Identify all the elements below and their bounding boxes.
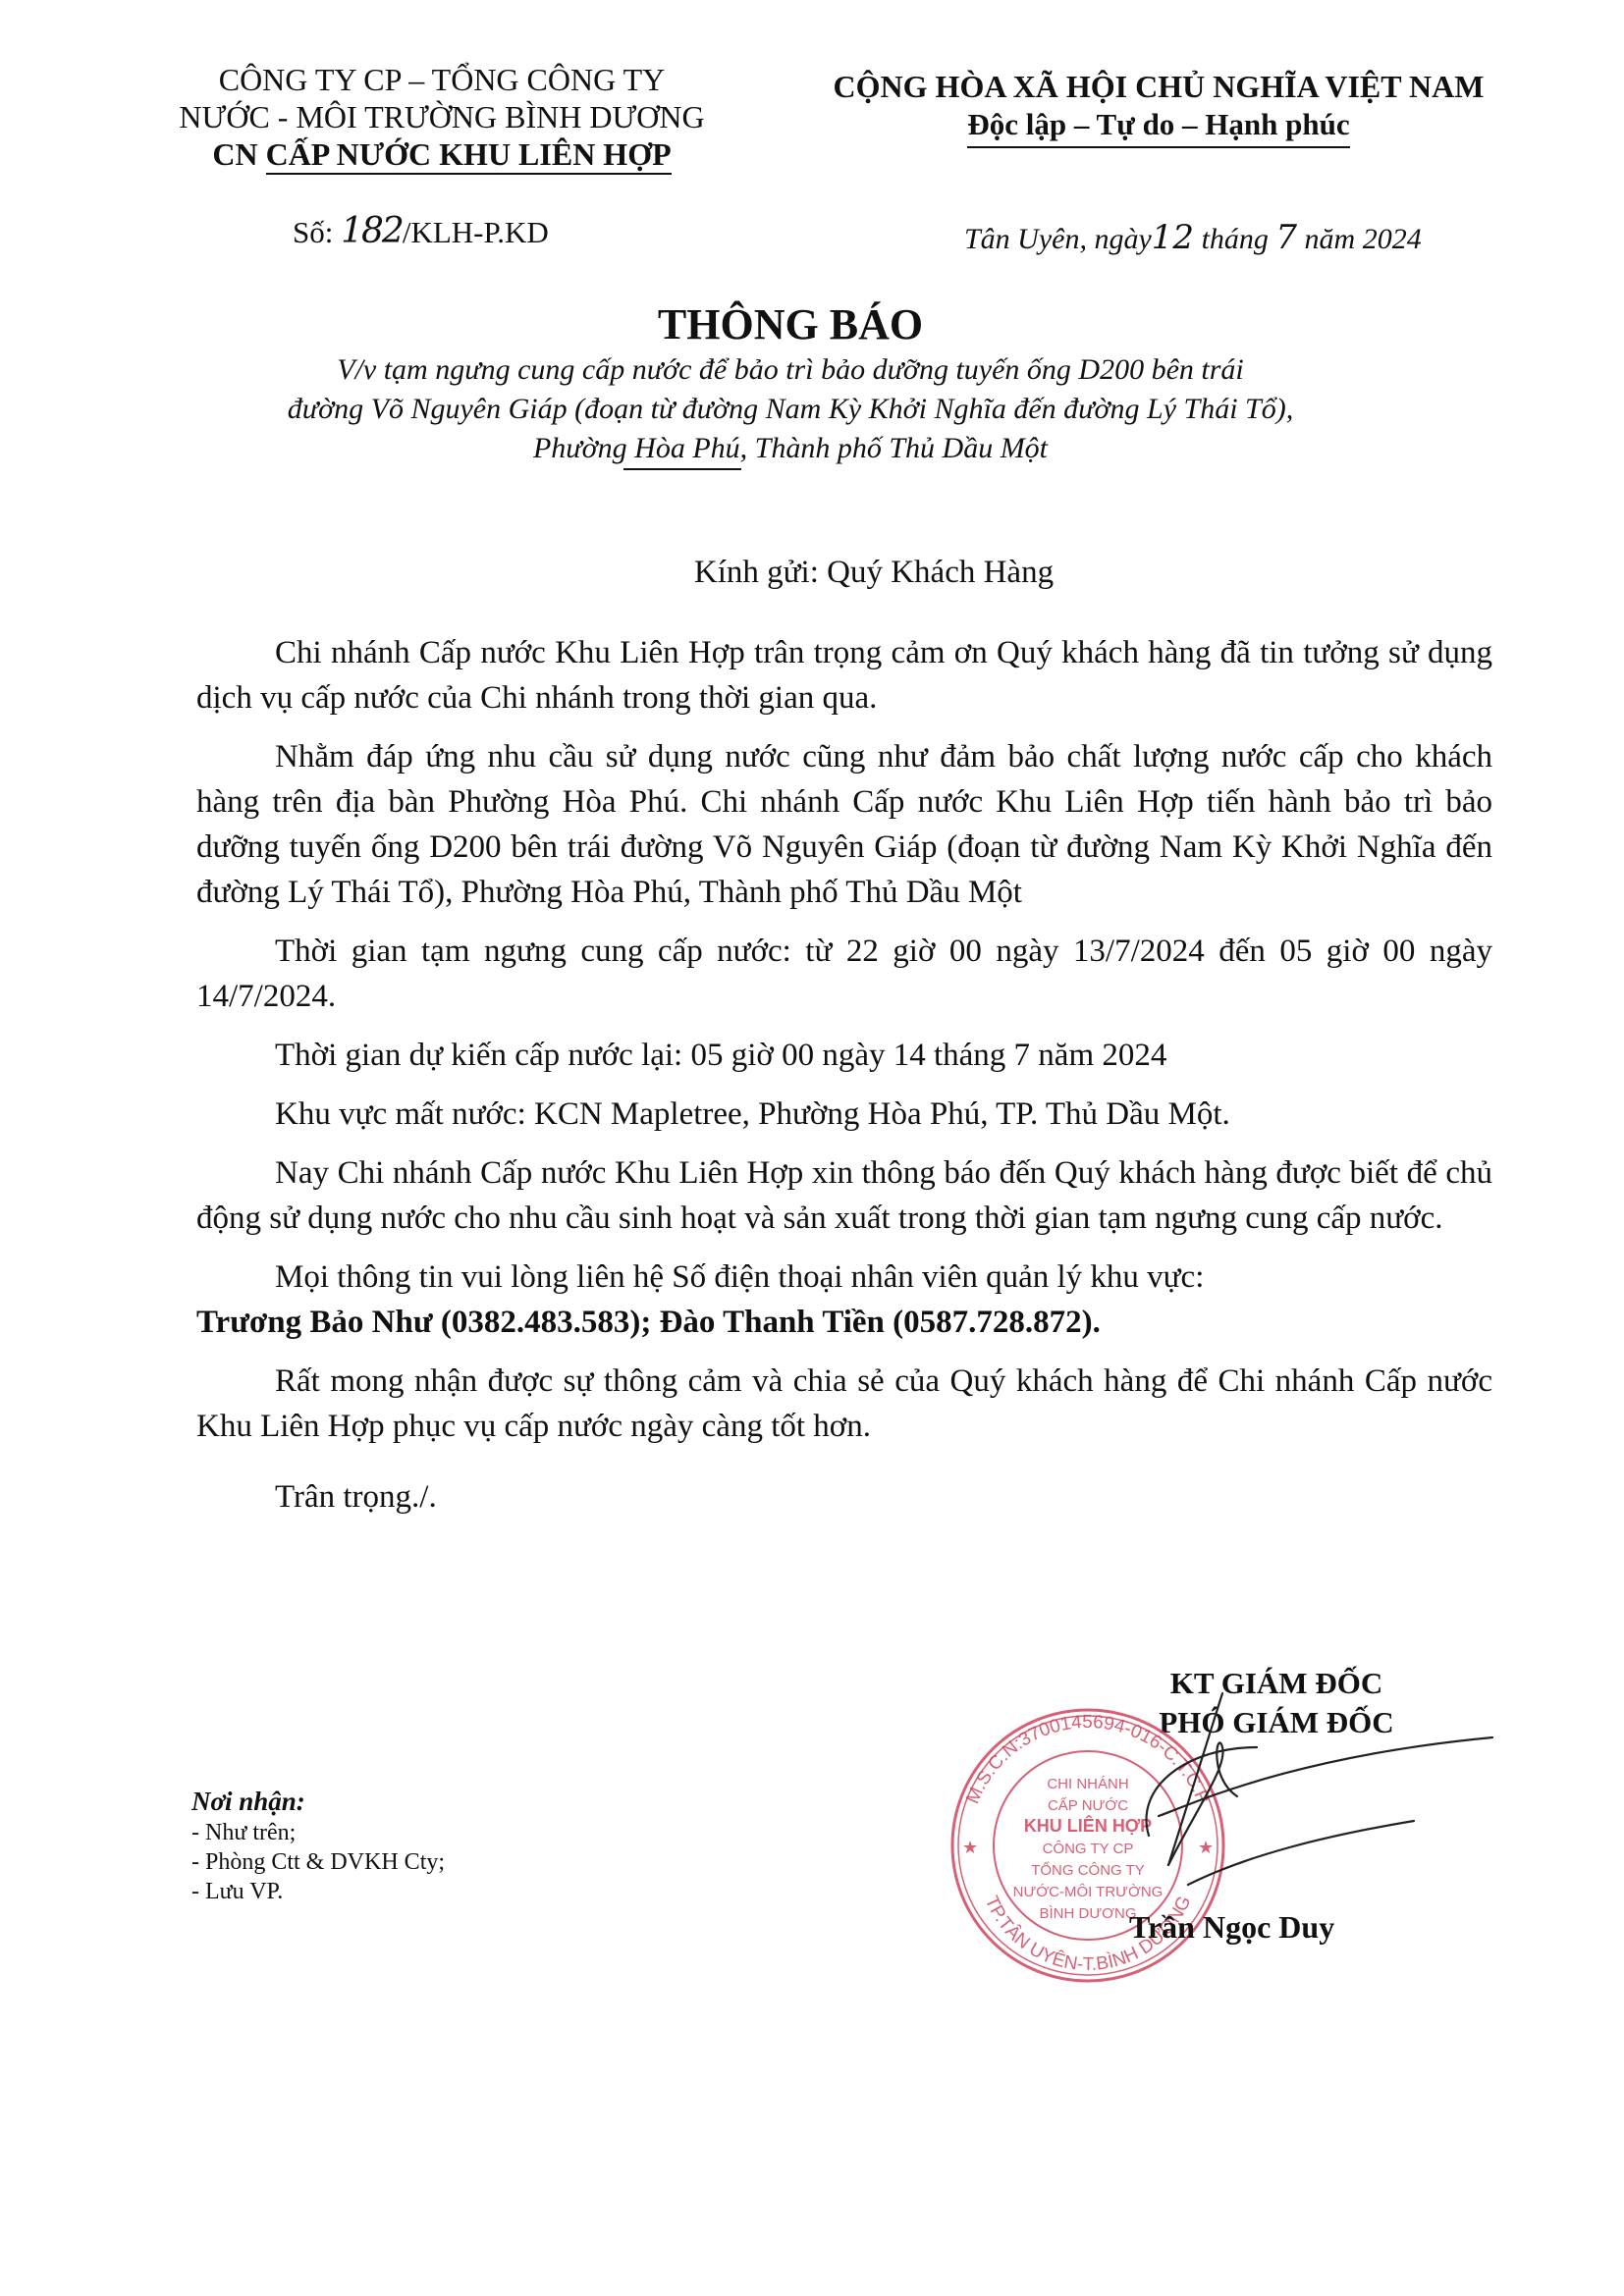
place-label: Tân Uyên, ngày — [964, 223, 1152, 255]
handwritten-signature-icon — [1129, 1688, 1502, 1924]
issuer-line-1: CÔNG TY CP – TỔNG CÔNG TY — [147, 61, 736, 98]
paragraph-appreciation: Rất mong nhận được sự thông cảm và chia … — [196, 1359, 1492, 1449]
doc-number-label: Số: — [293, 215, 341, 249]
paragraph-thanks: Chi nhánh Cấp nước Khu Liên Hợp trân trọ… — [196, 630, 1492, 721]
national-header: CỘNG HÒA XÃ HỘI CHỦ NGHĨA VIỆT NAM Độc l… — [805, 67, 1512, 148]
month-label: tháng — [1194, 223, 1275, 255]
closing: Trân trọng./. — [196, 1474, 1492, 1520]
letter-body: Kính gửi: Quý Khách Hàng Chi nhánh Cấp n… — [196, 550, 1492, 1520]
svg-text:CÔNG TY CP: CÔNG TY CP — [1043, 1841, 1134, 1857]
recipient-item: - Lưu VP. — [191, 1877, 445, 1906]
svg-text:CHI NHÁNH: CHI NHÁNH — [1047, 1776, 1128, 1792]
greeting: Kính gửi: Quý Khách Hàng — [255, 550, 1492, 595]
year-text: năm 2024 — [1297, 223, 1422, 255]
subject-line-3: Phường Hòa Phú, Thành phố Thủ Dầu Một — [226, 429, 1355, 468]
month-handwritten: 7 — [1275, 218, 1297, 257]
recipient-item: - Phòng Ctt & DVKH Cty; — [191, 1847, 445, 1877]
title-underline — [623, 468, 741, 470]
doc-number-suffix: /KLH-P.KD — [403, 215, 549, 249]
paragraph-purpose: Nhằm đáp ứng nhu cầu sử dụng nước cũng n… — [196, 734, 1492, 915]
paragraph-affected-area: Khu vực mất nước: KCN Mapletree, Phường … — [196, 1092, 1492, 1137]
recipients-heading: Nơi nhận: — [191, 1785, 445, 1818]
issuer-branch-prefix: CN — [212, 136, 265, 172]
paragraph-notice: Nay Chi nhánh Cấp nước Khu Liên Hợp xin … — [196, 1150, 1492, 1241]
svg-text:BÌNH DƯƠNG: BÌNH DƯƠNG — [1039, 1905, 1136, 1922]
svg-text:CẤP NƯỚC: CẤP NƯỚC — [1048, 1797, 1128, 1814]
national-motto: Độc lập – Tự do – Hạnh phúc — [967, 106, 1349, 148]
place-date: Tân Uyên, ngày12 tháng 7 năm 2024 — [964, 218, 1422, 257]
doc-number-handwritten: 182 — [341, 211, 403, 251]
svg-text:★: ★ — [962, 1838, 978, 1857]
document-title: THÔNG BÁO — [226, 299, 1355, 350]
paragraph-outage-time: Thời gian tạm ngưng cung cấp nước: từ 22… — [196, 929, 1492, 1019]
recipient-item: - Như trên; — [191, 1818, 445, 1847]
recipients: Nơi nhận: - Như trên; - Phòng Ctt & DVKH… — [191, 1785, 445, 1906]
subject-line-2: đường Võ Nguyên Giáp (đoạn từ đường Nam … — [226, 390, 1355, 429]
paragraph-restore-time: Thời gian dự kiến cấp nước lại: 05 giờ 0… — [196, 1033, 1492, 1078]
contact-intro: Mọi thông tin vui lòng liên hệ Số điện t… — [275, 1259, 1204, 1295]
title-block: THÔNG BÁO V/v tạm ngưng cung cấp nước để… — [226, 299, 1355, 470]
svg-text:TỔNG CÔNG TY: TỔNG CÔNG TY — [1031, 1861, 1145, 1879]
contact-names: Trương Bảo Như (0382.483.583); Đào Thanh… — [196, 1305, 1101, 1340]
document-number: Số: 182/KLH-P.KD — [293, 211, 549, 251]
paragraph-contact: Mọi thông tin vui lòng liên hệ Số điện t… — [196, 1255, 1492, 1345]
subject-line-1: V/v tạm ngưng cung cấp nước để bảo trì b… — [226, 350, 1355, 390]
issuer-header: CÔNG TY CP – TỔNG CÔNG TY NƯỚC - MÔI TRƯ… — [147, 61, 736, 173]
issuer-branch-name: CẤP NƯỚC KHU LIÊN HỢP — [266, 136, 672, 175]
signer-name: Trần Ngọc Duy — [1129, 1909, 1334, 1946]
issuer-line-2: NƯỚC - MÔI TRƯỜNG BÌNH DƯƠNG — [147, 98, 736, 135]
national-title: CỘNG HÒA XÃ HỘI CHỦ NGHĨA VIỆT NAM — [805, 67, 1512, 106]
issuer-branch: CN CẤP NƯỚC KHU LIÊN HỢP — [147, 135, 736, 173]
day-handwritten: 12 — [1152, 218, 1194, 257]
